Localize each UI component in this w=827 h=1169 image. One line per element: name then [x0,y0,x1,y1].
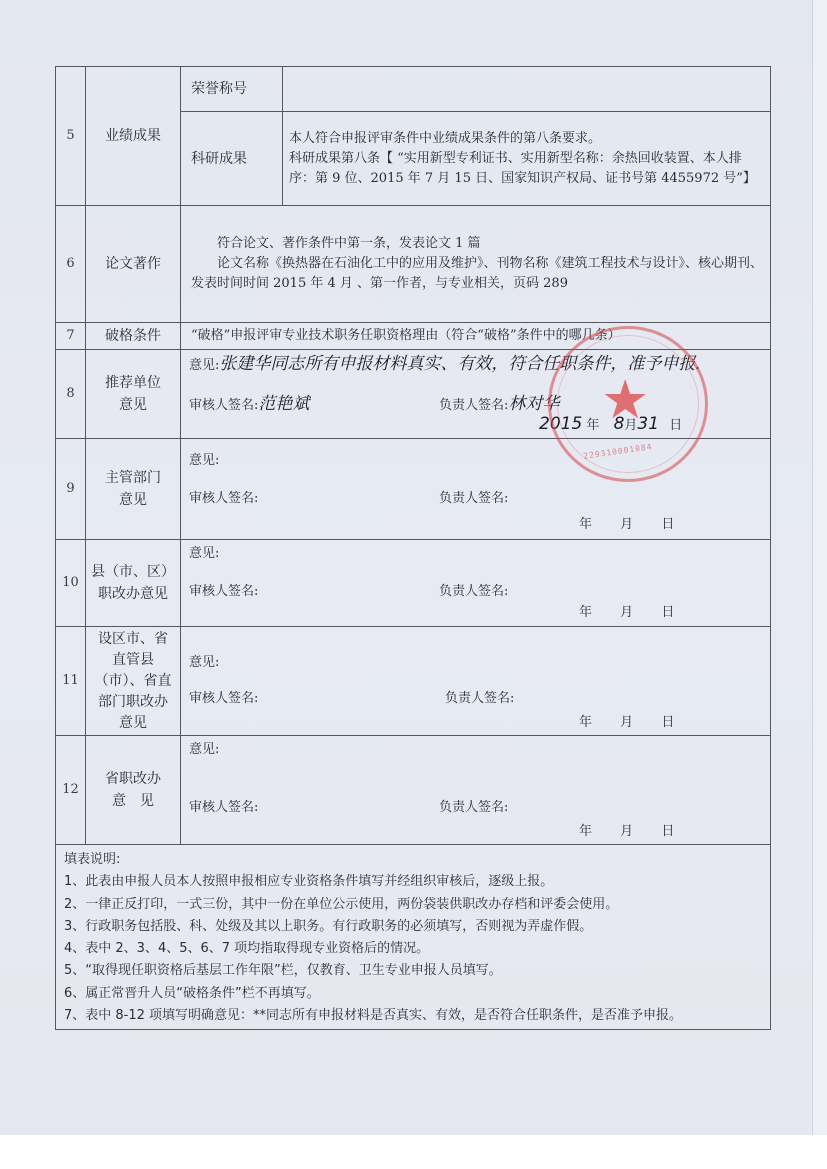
day-unit: 日 [661,603,674,623]
row-label-papers: 论文著作 [86,206,181,323]
month-unit: 月 [620,713,633,733]
row-label-supervising-dept: 主管部门 意见 [86,439,181,540]
auditor-signature-field[interactable]: 审核人签名: [189,582,258,602]
row-number: 6 [56,206,86,323]
row-label-exception: 破格条件 [86,323,181,350]
papers-line: 论文名称《换热器在石油化工中的应用及维护》、刊物名称《建筑工程技术与设计》、核心… [191,254,764,294]
city-office-opinion: 意见: 审核人签名: 负责人签名: 年 月 日 [181,627,771,736]
research-achievement-value: 本人符合申报评审条件中业绩成果条件的第八条要求。 科研成果第八条【 “实用新型专… [283,112,771,206]
label-line: 设区市、省 [86,629,180,650]
instruction-item: 5、“取得现任职资格后基层工作年限”栏，仅教育、卫生专业申报人员填写。 [64,960,762,982]
month-unit: 月 [620,603,633,623]
month-unit: 月 [624,416,637,436]
opinion-field[interactable]: 意见: [189,740,219,760]
opinion-label: 意见: [189,546,219,561]
row-number: 8 [56,350,86,439]
date-field[interactable]: 2015 年 8月31 日 [539,414,682,436]
year-unit: 年 [579,603,592,623]
opinion-label: 意见: [189,358,219,373]
recommending-unit-opinion: 意见:张建华同志所有申报材料真实、有效，符合任职条件，准予申报. 审核人签名:范… [181,350,771,439]
leader-label: 负责人签名: [439,491,508,506]
label-line: （市）、省直 [86,671,180,692]
leader-label: 负责人签名: [439,398,508,413]
research-line: 科研成果第八条【 “实用新型专利证书、实用新型名称：余热回收装置、本人排序：第 … [289,149,764,189]
row-8-recommending-unit: 8 推荐单位 意见 意见:张建华同志所有申报材料真实、有效，符合任职条件，准予申… [56,350,771,439]
leader-signature-field[interactable]: 负责人签名: [439,582,508,602]
auditor-signature: 范艳斌 [258,394,309,414]
date-field[interactable]: 年 月 日 [579,515,674,535]
row-6-papers: 6 论文著作 符合论文、著作条件中第一条，发表论文 1 篇 论文名称《换热器在石… [56,206,771,323]
date-month: 8 [614,414,625,434]
leader-signature-field[interactable]: 负责人签名:林对华 [439,394,559,416]
row-number: 12 [56,736,86,845]
label-line: 主管部门 [86,467,180,489]
instruction-item: 1、此表由申报人员本人按照申报相应专业资格条件填写并经组织审核后，逐级上报。 [64,871,762,893]
row-7-exception: 7 破格条件 “破格”申报评审专业技术职务任职资格理由（符合“破格”条件中的哪几… [56,323,771,350]
exception-content: “破格”申报评审专业技术职务任职资格理由（符合“破格”条件中的哪几条） [181,323,771,350]
year-unit: 年 [579,713,592,733]
row-label-achievements: 业绩成果 [86,67,181,206]
auditor-label: 审核人签名: [189,691,258,706]
date-field[interactable]: 年 月 日 [579,713,674,733]
day-unit: 日 [661,822,674,842]
opinion-field[interactable]: 意见: [189,451,219,471]
instructions-row: 填表说明: 1、此表由申报人员本人按照申报相应专业资格条件填写并经组织审核后，逐… [56,845,771,1030]
date-field[interactable]: 年 月 日 [579,603,674,623]
date-day: 31 [637,414,659,434]
auditor-signature-field[interactable]: 审核人签名:范艳斌 [189,394,309,416]
auditor-signature-field[interactable]: 审核人签名: [189,489,258,509]
application-form-table: 5 业绩成果 荣誉称号 科研成果 本人符合申报评审条件中业绩成果条件的第八条要求… [55,66,771,1030]
row-11-city-office: 11 设区市、省 直管县 （市）、省直 部门职改办 意见 意见: 审核人签名: … [56,627,771,736]
day-unit: 日 [669,416,682,436]
label-line: 职改办意见 [86,583,180,605]
label-line: 意见 [86,394,180,416]
papers-content: 符合论文、著作条件中第一条，发表论文 1 篇 论文名称《换热器在石油化工中的应用… [181,206,771,323]
year-unit: 年 [586,416,599,436]
instruction-item: 6、属正常晋升人员“破格条件”栏不再填写。 [64,983,762,1005]
opinion-label: 意见: [189,655,219,670]
leader-signature-field[interactable]: 负责人签名: [439,489,508,509]
row-label-provincial-office: 省职改办 意 见 [86,736,181,845]
date-year: 2015 [539,414,582,434]
row-number: 5 [56,67,86,206]
label-line: 直管县 [86,650,180,671]
auditor-label: 审核人签名: [189,800,258,815]
row-label-county-office: 县（市、区） 职改办意见 [86,540,181,627]
leader-label: 负责人签名: [439,584,508,599]
year-unit: 年 [579,822,592,842]
supervising-dept-opinion: 意见: 审核人签名: 负责人签名: 年 月 日 [181,439,771,540]
bottom-margin [0,1135,827,1169]
day-unit: 日 [661,515,674,535]
auditor-label: 审核人签名: [189,398,258,413]
page-edge [812,0,827,1135]
opinion-field[interactable]: 意见: [189,544,219,564]
row-label-recommending-unit: 推荐单位 意见 [86,350,181,439]
county-office-opinion: 意见: 审核人签名: 负责人签名: 年 月 日 [181,540,771,627]
instruction-item: 4、表中 2、3、4、5、6、7 项均指取得现专业资格后的情况。 [64,938,762,960]
instruction-item: 3、行政职务包括股、科、处级及其以上职务。有行政职务的必须填写，否则视为弄虚作假… [64,916,762,938]
research-line: 本人符合申报评审条件中业绩成果条件的第八条要求。 [289,129,764,149]
label-line: 推荐单位 [86,372,180,394]
row-label-city-office: 设区市、省 直管县 （市）、省直 部门职改办 意见 [86,627,181,736]
instruction-item: 2、一律正反打印，一式三份，其中一份在单位公示使用，两份袋装供职改办存档和评委会… [64,894,762,916]
label-line: 县（市、区） [86,561,180,583]
row-number: 7 [56,323,86,350]
leader-signature-field[interactable]: 负责人签名: [439,798,508,818]
month-unit: 月 [620,515,633,535]
honor-title-label: 荣誉称号 [181,67,283,112]
row-number: 11 [56,627,86,736]
date-field[interactable]: 年 月 日 [579,822,674,842]
label-line: 意见 [86,713,180,734]
label-line: 部门职改办 [86,692,180,713]
row-10-county-office: 10 县（市、区） 职改办意见 意见: 审核人签名: 负责人签名: 年 月 日 [56,540,771,627]
filling-instructions: 填表说明: 1、此表由申报人员本人按照申报相应专业资格条件填写并经组织审核后，逐… [56,845,771,1030]
opinion-label: 意见: [189,453,219,468]
opinion-label: 意见: [189,742,219,757]
research-achievement-label: 科研成果 [181,112,283,206]
honor-title-value [283,67,771,112]
leader-label: 负责人签名: [439,800,508,815]
handwritten-opinion: 张建华同志所有申报材料真实、有效，符合任职条件，准予申报. [219,354,700,374]
auditor-label: 审核人签名: [189,584,258,599]
papers-line: 符合论文、著作条件中第一条，发表论文 1 篇 [191,234,764,254]
auditor-signature-field[interactable]: 审核人签名: [189,798,258,818]
label-line: 省职改办 [86,768,180,790]
provincial-office-opinion: 意见: 审核人签名: 负责人签名: 年 月 日 [181,736,771,845]
auditor-signature-field[interactable]: 审核人签名: [189,689,258,709]
day-unit: 日 [661,713,674,733]
leader-label: 负责人签名: [445,691,514,706]
month-unit: 月 [620,822,633,842]
row-number: 10 [56,540,86,627]
instruction-item: 7、表中 8-12 项填写明确意见：**同志所有申报材料是否真实、有效，是否符合… [64,1005,762,1027]
row-5-honor: 5 业绩成果 荣誉称号 [56,67,771,112]
row-12-provincial-office: 12 省职改办 意 见 意见: 审核人签名: 负责人签名: 年 月 日 [56,736,771,845]
auditor-label: 审核人签名: [189,491,258,506]
opinion-field[interactable]: 意见:张建华同志所有申报材料真实、有效，符合任职条件，准予申报. [189,354,701,376]
leader-signature: 林对华 [508,394,559,414]
opinion-field[interactable]: 意见: [189,653,219,673]
label-line: 意 见 [86,790,180,812]
leader-signature-field[interactable]: 负责人签名: [445,689,514,709]
year-unit: 年 [579,515,592,535]
row-9-supervising-dept: 9 主管部门 意见 意见: 审核人签名: 负责人签名: 年 月 日 [56,439,771,540]
label-line: 意见 [86,489,180,511]
instructions-title: 填表说明: [64,849,762,871]
row-number: 9 [56,439,86,540]
